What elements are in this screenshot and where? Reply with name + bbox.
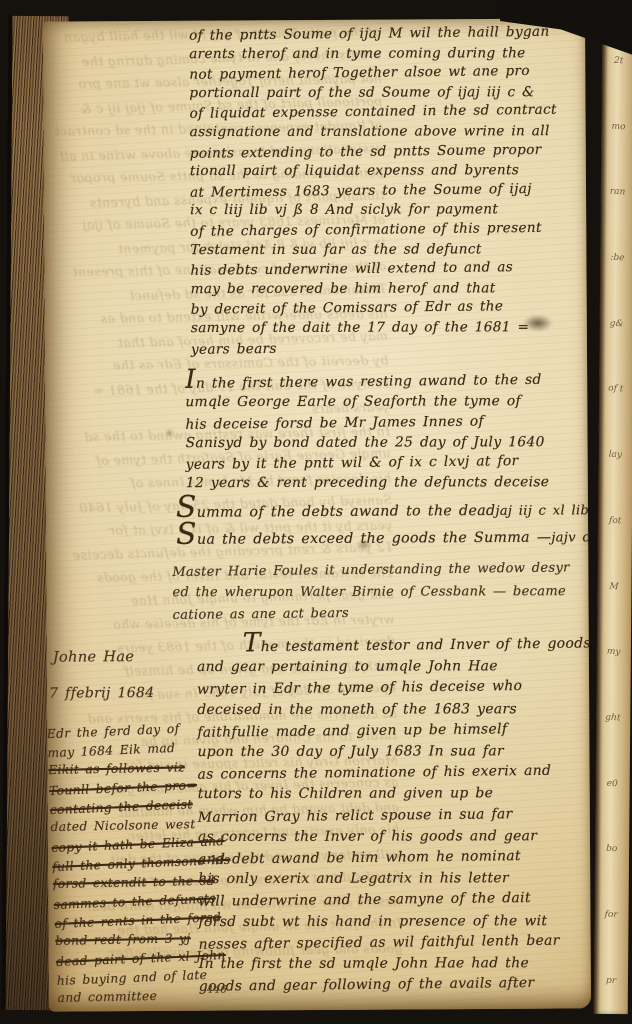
manuscript-text-line: deceised in the moneth of the 1683 years [197,699,587,721]
next-leaf-text-fragment: my [607,647,621,658]
next-leaf-text-fragment: 2t [614,56,624,67]
next-leaf-text-fragment: e0 [607,778,619,789]
margin-note-text: dated Nicolsone west [50,817,195,834]
margin-note-text: of the rents in the forsd [54,910,221,931]
manuscript-text-line: Marrion Gray his relict spouse in sua fa… [198,803,588,829]
next-leaf-text-fragment: :be [610,253,625,264]
manuscript-text-line: ed the wherupon Walter Birnie of Cessban… [172,581,586,604]
manuscript-text-line: of the charges of confirmatione of this … [190,218,582,242]
manuscript-text-line: In the first the sd umqle John Hae had t… [199,953,589,975]
caution-note: Master Harie Foules it understanding the… [172,558,586,625]
manuscript-text-line: assignatione and translatione above wrin… [190,122,582,143]
margin-scrawl-notes: Edr the ferd day of may 1684 Eik mad Eik… [46,717,254,1010]
next-leaf-text-fragment: fot [609,516,622,527]
summa-totals: Summa of the debts awand to the dead jaj… [176,500,584,556]
margin-note-text: full the only thomsone his [52,853,231,874]
margin-note-text: his buying and of late [57,968,208,988]
summa-amount: jajv c lxxxvij lib [551,530,591,546]
next-leaf-edge: 2tmoran:beg&of tlayfotMmyghte0boforpr [594,28,632,1014]
next-leaf-text-fragment: mo [611,121,626,132]
manuscript-text-line: wryter in Edr the tyme of his deceise wh… [197,676,587,702]
manuscript-text-line: Master Harie Foules it understanding the… [172,557,586,583]
margin-entry-date: 7 ffebrij 1684 [49,685,155,702]
manuscript-text-line: umqle George Earle of Seaforth the tyme … [185,391,583,412]
manuscript-text-line: of the pntts Soume of ijaj M wil the hai… [189,22,581,46]
summa-row: Sua the debts exceed the goods the Summa… [176,527,584,556]
margin-note-text: bond redt from 3 yj [55,931,191,948]
manuscript-text-line: The testament testor and Inver of the go… [243,633,587,658]
manuscript-text-line: tutors to his Children and given up be [198,783,588,805]
summa-label: Summa of the debts awand to the dead [176,501,496,521]
next-leaf-text-fragment: g& [610,318,624,329]
next-leaf-text-fragment: for [605,910,619,921]
testament-paragraph: The testament testor and Inver of the go… [197,634,589,997]
manuscript-text-line: forsd subt wt his hand in presence of th… [198,911,588,933]
fox-spot [165,429,173,437]
margin-note-text: Edr the ferd day of [46,722,179,741]
next-leaf-text-fragment: of t [608,384,624,395]
manuscript-text-line: tionall pairt of liquidat expenss and by… [190,161,582,182]
ink-blot [356,540,372,550]
manuscript-text-line: his debts underwrine will extend to and … [190,257,582,281]
clause-paragraph: of the pntts Soume of ijaj M wil the hai… [189,23,583,358]
next-leaf-text-fragment: lay [609,450,623,461]
manuscript-text-line: will underwrine and the samyne of the da… [198,888,588,914]
manuscript-text-line: catione as ane act bears [172,600,586,626]
margin-note-line: dated Nicolsone west [50,814,246,837]
manuscript-text-line: his deceise forsd be Mr James Innes of [185,410,583,435]
manuscript-text-line: by decreit of the Comissars of Edr as th… [191,297,583,321]
manuscript-text-line: and debt awand be him whom he nominat [198,845,588,871]
summa-amount: jaj iij c xl lib [495,503,589,519]
margin-note-text: and committee [57,989,157,1005]
manuscript-text-line: ix c liij lib vj ß 8 And siclyk for paym… [190,200,582,221]
margin-note-text: may 1684 Eik mad [47,741,175,760]
next-leaf-text-fragment: M [610,581,620,592]
next-leaf-text-fragment: ran [610,187,626,198]
manuscript-text-line: faithfullie made and given up be himself [197,718,587,744]
margin-entry-name: Johne Hae [53,649,135,665]
manuscript-text-line: upon the 30 day of July 1683 In sua far [197,741,587,763]
manuscript-text-line: nesses after specified as wil faithful l… [199,930,589,956]
foot-folio-mark: 446 [207,985,227,996]
margin-note-line: bond redt from 3 yj [55,928,251,951]
margin-note-text: forsd extendit to the sd [53,874,215,891]
manuscript-text-line: 12 years & rent preceding the defuncts d… [186,473,584,494]
margin-note-line: Eikit as followes viz [48,757,244,780]
manuscript-text-line: as concerns the Inver of his goods and g… [198,826,588,848]
ink-blot [523,315,553,332]
margin-note-line: forsd extendit to the sd [53,871,249,894]
manuscript-page: of the pntts Soume of ijaj M wil the hai… [43,18,591,1011]
margin-note-text: Eikit as followes viz [48,760,185,777]
debts-paragraph: In the first there was resting awand to … [185,370,584,494]
manuscript-text-line: years bears [191,336,583,360]
margin-note-text: contating the deceist [50,797,193,817]
next-leaf-text-fragment: bo [606,844,618,855]
manuscript-text-line: not payment herof Together alsoe wt ane … [189,62,581,86]
next-leaf-text-fragment: ght [605,713,621,724]
summa-row: Summa of the debts awand to the dead jaj… [176,500,584,529]
manuscript-text-line: goods and gear following of the avails a… [199,973,589,999]
manuscript-photo: of the pntts Soume of ijaj M wil the hai… [0,0,632,1024]
next-leaf-text-fragment: pr [606,976,617,987]
manuscript-text-line: of liquidat expensse contained in the sd… [189,101,581,125]
